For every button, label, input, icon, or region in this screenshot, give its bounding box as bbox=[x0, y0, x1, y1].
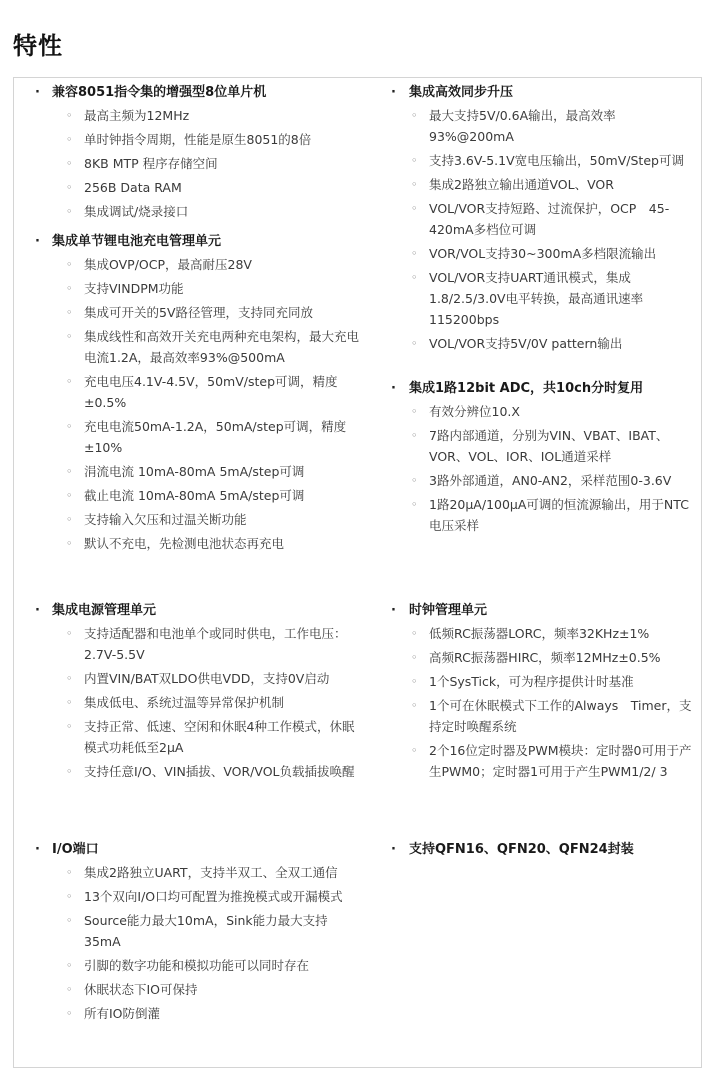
circle-bullet-icon: ◦ bbox=[66, 416, 73, 437]
section-boost: · 集成高效同步升压 ◦最大支持5V/0.6A输出，最高效率93%@200mA … bbox=[369, 82, 703, 357]
list-item: ◦支持适配器和电池单个或同时供电，工作电压：2.7V-5.5V bbox=[14, 623, 369, 665]
page-title: 特性 bbox=[13, 26, 63, 61]
circle-bullet-icon: ◦ bbox=[411, 623, 418, 644]
circle-bullet-icon: ◦ bbox=[411, 174, 418, 195]
bullet-icon: · bbox=[391, 82, 396, 104]
circle-bullet-icon: ◦ bbox=[66, 692, 73, 713]
circle-bullet-icon: ◦ bbox=[66, 886, 73, 907]
item-list: ◦支持适配器和电池单个或同时供电，工作电压：2.7V-5.5V ◦内置VIN/B… bbox=[14, 623, 369, 782]
bullet-icon: · bbox=[35, 839, 40, 861]
section-power: · 集成电源管理单元 ◦支持适配器和电池单个或同时供电，工作电压：2.7V-5.… bbox=[14, 600, 369, 785]
circle-bullet-icon: ◦ bbox=[411, 105, 418, 126]
circle-bullet-icon: ◦ bbox=[66, 533, 73, 554]
list-item: ◦集成线性和高效开关充电两种充电架构，最大充电电流1.2A，最高效率93%@50… bbox=[14, 326, 369, 368]
section-charger: · 集成单节锂电池充电管理单元 ◦集成OVP/OCP，最高耐压28V ◦支持VI… bbox=[14, 231, 369, 557]
bullet-icon: · bbox=[35, 600, 40, 622]
section-heading: · 集成1路12bit ADC，共10ch分时复用 bbox=[369, 378, 703, 400]
list-item: ◦1个可在休眠模式下工作的Always Timer，支持定时唤醒系统 bbox=[369, 695, 703, 737]
item-list: ◦集成2路独立UART，支持半双工、全双工通信 ◦13个双向I/O口均可配置为推… bbox=[14, 862, 369, 1024]
circle-bullet-icon: ◦ bbox=[66, 177, 73, 198]
list-item: ◦集成2路独立UART，支持半双工、全双工通信 bbox=[14, 862, 369, 883]
circle-bullet-icon: ◦ bbox=[66, 979, 73, 1000]
bullet-icon: · bbox=[391, 839, 396, 861]
list-item: ◦有效分辨位10.X bbox=[369, 401, 703, 422]
section-heading: · 集成电源管理单元 bbox=[14, 600, 369, 622]
circle-bullet-icon: ◦ bbox=[411, 267, 418, 288]
circle-bullet-icon: ◦ bbox=[66, 153, 73, 174]
circle-bullet-icon: ◦ bbox=[411, 425, 418, 446]
circle-bullet-icon: ◦ bbox=[411, 647, 418, 668]
section-io: · I/O端口 ◦集成2路独立UART，支持半双工、全双工通信 ◦13个双向I/… bbox=[14, 839, 369, 1027]
circle-bullet-icon: ◦ bbox=[411, 671, 418, 692]
section-mcu: · 兼容8051指令集的增强型8位单片机 ◦最高主频为12MHz ◦单时钟指令周… bbox=[14, 82, 369, 225]
item-list: ◦有效分辨位10.X ◦7路内部通道，分别为VIN、VBAT、IBAT、VOR、… bbox=[369, 401, 703, 536]
list-item: ◦引脚的数字功能和模拟功能可以同时存在 bbox=[14, 955, 369, 976]
circle-bullet-icon: ◦ bbox=[66, 509, 73, 530]
circle-bullet-icon: ◦ bbox=[66, 105, 73, 126]
circle-bullet-icon: ◦ bbox=[66, 668, 73, 689]
circle-bullet-icon: ◦ bbox=[66, 485, 73, 506]
section-heading: · 集成单节锂电池充电管理单元 bbox=[14, 231, 369, 253]
circle-bullet-icon: ◦ bbox=[66, 371, 73, 392]
circle-bullet-icon: ◦ bbox=[66, 201, 73, 222]
circle-bullet-icon: ◦ bbox=[411, 494, 418, 515]
list-item: ◦7路内部通道，分别为VIN、VBAT、IBAT、VOR、VOL、IOR、IOL… bbox=[369, 425, 703, 467]
list-item: ◦单时钟指令周期，性能是原生8051的8倍 bbox=[14, 129, 369, 150]
list-item: ◦VOL/VOR支持短路、过流保护，OCP 45-420mA多档位可调 bbox=[369, 198, 703, 240]
section-heading: · I/O端口 bbox=[14, 839, 369, 861]
item-list: ◦最大支持5V/0.6A输出，最高效率93%@200mA ◦支持3.6V-5.1… bbox=[369, 105, 703, 354]
bullet-icon: · bbox=[391, 378, 396, 400]
circle-bullet-icon: ◦ bbox=[66, 1003, 73, 1024]
section-heading: · 集成高效同步升压 bbox=[369, 82, 703, 104]
section-heading: · 支持QFN16、QFN20、QFN24封装 bbox=[369, 839, 703, 861]
circle-bullet-icon: ◦ bbox=[66, 461, 73, 482]
list-item: ◦所有IO防倒灌 bbox=[14, 1003, 369, 1024]
list-item: ◦默认不充电，先检测电池状态再充电 bbox=[14, 533, 369, 554]
list-item: ◦VOR/VOL支持30~300mA多档限流输出 bbox=[369, 243, 703, 264]
list-item: ◦1个SysTick，可为程序提供计时基准 bbox=[369, 671, 703, 692]
list-item: ◦3路外部通道，AN0-AN2，采样范围0-3.6V bbox=[369, 470, 703, 491]
bullet-icon: · bbox=[391, 600, 396, 622]
list-item: ◦充电电压4.1V-4.5V，50mV/step可调，精度±0.5% bbox=[14, 371, 369, 413]
list-item: ◦13个双向I/O口均可配置为推挽模式或开漏模式 bbox=[14, 886, 369, 907]
section-package: · 支持QFN16、QFN20、QFN24封装 bbox=[369, 839, 703, 861]
circle-bullet-icon: ◦ bbox=[66, 326, 73, 347]
bullet-icon: · bbox=[35, 82, 40, 104]
list-item: ◦涓流电流 10mA-80mA 5mA/step可调 bbox=[14, 461, 369, 482]
circle-bullet-icon: ◦ bbox=[411, 401, 418, 422]
circle-bullet-icon: ◦ bbox=[411, 740, 418, 761]
circle-bullet-icon: ◦ bbox=[66, 955, 73, 976]
section-heading: · 兼容8051指令集的增强型8位单片机 bbox=[14, 82, 369, 104]
list-item: ◦支持VINDPM功能 bbox=[14, 278, 369, 299]
item-list: ◦最高主频为12MHz ◦单时钟指令周期，性能是原生8051的8倍 ◦8KB M… bbox=[14, 105, 369, 222]
circle-bullet-icon: ◦ bbox=[411, 695, 418, 716]
list-item: ◦VOL/VOR支持5V/0V pattern输出 bbox=[369, 333, 703, 354]
list-item: ◦支持3.6V-5.1V宽电压输出，50mV/Step可调 bbox=[369, 150, 703, 171]
list-item: ◦高频RC振荡器HIRC，频率12MHz±0.5% bbox=[369, 647, 703, 668]
circle-bullet-icon: ◦ bbox=[66, 910, 73, 931]
circle-bullet-icon: ◦ bbox=[66, 129, 73, 150]
list-item: ◦集成低电、系统过温等异常保护机制 bbox=[14, 692, 369, 713]
list-item: ◦集成调试/烧录接口 bbox=[14, 201, 369, 222]
circle-bullet-icon: ◦ bbox=[66, 302, 73, 323]
item-list: ◦低频RC振荡器LORC，频率32KHz±1% ◦高频RC振荡器HIRC，频率1… bbox=[369, 623, 703, 782]
list-item: ◦最高主频为12MHz bbox=[14, 105, 369, 126]
circle-bullet-icon: ◦ bbox=[411, 150, 418, 171]
list-item: ◦最大支持5V/0.6A输出，最高效率93%@200mA bbox=[369, 105, 703, 147]
list-item: ◦内置VIN/BAT双LDO供电VDD，支持0V启动 bbox=[14, 668, 369, 689]
features-box: · 兼容8051指令集的增强型8位单片机 ◦最高主频为12MHz ◦单时钟指令周… bbox=[13, 77, 702, 1068]
list-item: ◦256B Data RAM bbox=[14, 177, 369, 198]
circle-bullet-icon: ◦ bbox=[66, 254, 73, 275]
circle-bullet-icon: ◦ bbox=[411, 470, 418, 491]
circle-bullet-icon: ◦ bbox=[411, 243, 418, 264]
list-item: ◦Source能力最大10mA，Sink能力最大支持35mA bbox=[14, 910, 369, 952]
list-item: ◦充电电流50mA-1.2A，50mA/step可调，精度±10% bbox=[14, 416, 369, 458]
circle-bullet-icon: ◦ bbox=[66, 278, 73, 299]
list-item: ◦1路20μA/100μA可调的恒流源输出，用于NTC电压采样 bbox=[369, 494, 703, 536]
list-item: ◦集成可开关的5V路径管理，支持同充同放 bbox=[14, 302, 369, 323]
circle-bullet-icon: ◦ bbox=[66, 761, 73, 782]
circle-bullet-icon: ◦ bbox=[66, 623, 73, 644]
list-item: ◦VOL/VOR支持UART通讯模式，集成1.8/2.5/3.0V电平转换，最高… bbox=[369, 267, 703, 330]
bullet-icon: · bbox=[35, 231, 40, 253]
section-clock: · 时钟管理单元 ◦低频RC振荡器LORC，频率32KHz±1% ◦高频RC振荡… bbox=[369, 600, 703, 785]
section-adc: · 集成1路12bit ADC，共10ch分时复用 ◦有效分辨位10.X ◦7路… bbox=[369, 378, 703, 539]
list-item: ◦支持输入欠压和过温关断功能 bbox=[14, 509, 369, 530]
list-item: ◦集成2路独立输出通道VOL、VOR bbox=[369, 174, 703, 195]
list-item: ◦截止电流 10mA-80mA 5mA/step可调 bbox=[14, 485, 369, 506]
list-item: ◦低频RC振荡器LORC，频率32KHz±1% bbox=[369, 623, 703, 644]
list-item: ◦休眠状态下IO可保持 bbox=[14, 979, 369, 1000]
circle-bullet-icon: ◦ bbox=[66, 716, 73, 737]
circle-bullet-icon: ◦ bbox=[66, 862, 73, 883]
list-item: ◦支持任意I/O、VIN插拔、VOR/VOL负载插拔唤醒 bbox=[14, 761, 369, 782]
section-heading: · 时钟管理单元 bbox=[369, 600, 703, 622]
list-item: ◦2个16位定时器及PWM模块：定时器0可用于产生PWM0；定时器1可用于产生P… bbox=[369, 740, 703, 782]
list-item: ◦集成OVP/OCP，最高耐压28V bbox=[14, 254, 369, 275]
circle-bullet-icon: ◦ bbox=[411, 333, 418, 354]
list-item: ◦8KB MTP 程序存储空间 bbox=[14, 153, 369, 174]
list-item: ◦支持正常、低速、空闲和休眠4种工作模式，休眠模式功耗低至2μA bbox=[14, 716, 369, 758]
circle-bullet-icon: ◦ bbox=[411, 198, 418, 219]
item-list: ◦集成OVP/OCP，最高耐压28V ◦支持VINDPM功能 ◦集成可开关的5V… bbox=[14, 254, 369, 554]
